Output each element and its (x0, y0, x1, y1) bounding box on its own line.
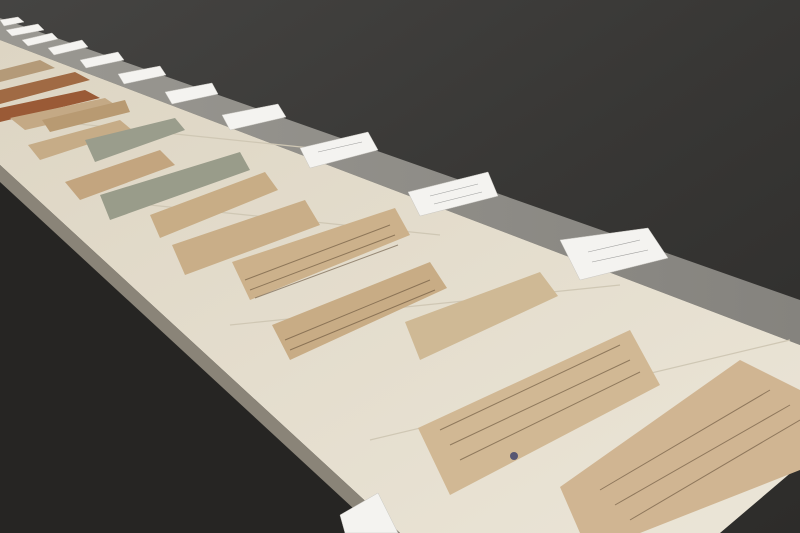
display-illustration (0, 0, 800, 533)
display-case-photo: Museum display case with an unfolded alb… (0, 0, 800, 533)
